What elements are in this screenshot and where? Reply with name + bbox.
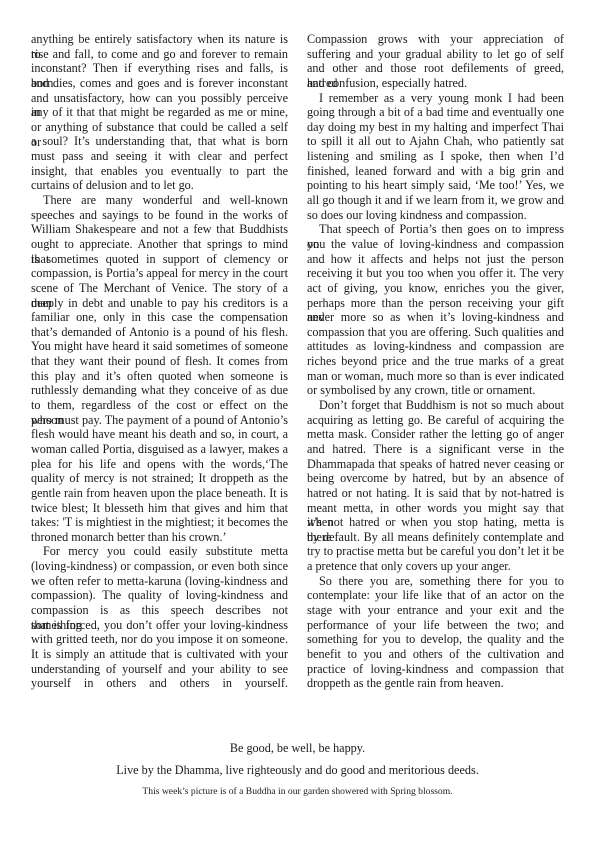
text-line: to them, regardless of the cost or effec… [31, 398, 288, 413]
text-line: compassion that you are offering. Such q… [307, 325, 564, 340]
text-line: that is forced, you don’t offer your lov… [31, 618, 288, 633]
text-line: you the value of loving-kindness and com… [307, 237, 564, 252]
text-line: metta mask. Consider rather the letting … [307, 427, 564, 442]
text-line: riches beyond price and the true marks o… [307, 354, 564, 369]
text-line: never more so as when it’s loving-kindne… [307, 310, 564, 325]
text-line: or anything of substance that could be c… [31, 120, 288, 135]
text-line: There are many wonderful and well-known [31, 193, 288, 208]
text-line: You might have heard it said sometimes o… [31, 339, 288, 354]
text-line: deeply in debt and unable to pay his cre… [31, 296, 288, 311]
text-line: insight, that enables you eventually to … [31, 164, 288, 179]
text-line: this play and it’s often quoted when som… [31, 369, 288, 384]
text-line: twice blest; It blesseth him that gives … [31, 501, 288, 516]
text-line: throned monarch better than his crown.’ [31, 530, 288, 545]
text-line: and confusion, especially hatred. [307, 76, 564, 91]
text-line: being overcome by hatred, but by an abse… [307, 471, 564, 486]
text-line: understanding of yourself and your abili… [31, 662, 288, 677]
text-line: so does our loving kindness and compassi… [307, 208, 564, 223]
text-line: That speech of Portia’s then goes on to … [307, 222, 564, 237]
text-line: practice of loving-kindness and compassi… [307, 662, 564, 677]
text-line: William Shakespeare and not a few that B… [31, 222, 288, 237]
text-line: I remember as a very young monk I had be… [307, 91, 564, 106]
text-line: plea for his life and opens with the wor… [31, 457, 288, 472]
text-line: takes: 'T is mightiest in the mightiest;… [31, 515, 288, 530]
text-line: (loving-kindness) or compassion, or even… [31, 559, 288, 574]
text-line: all go though it and if we learn from it… [307, 193, 564, 208]
text-line: by default. By all means definitely cont… [307, 530, 564, 545]
text-line: to spill it all out to Ajahn Chah, who p… [307, 134, 564, 149]
text-line: compassion). The quality of loving-kindn… [31, 588, 288, 603]
text-line: Compassion grows with your appreciation … [307, 32, 564, 47]
text-line: flesh would have meant his death and so,… [31, 427, 288, 442]
text-line: hatred or not hating. It is said that by… [307, 486, 564, 501]
footer-exhortation: Live by the Dhamma, live righteously and… [0, 763, 595, 778]
text-line: a pretence that only covers up your ange… [307, 559, 564, 574]
text-line: compassion is as this speech describes n… [31, 603, 288, 618]
text-line: attitudes as loving-kindness and compass… [307, 339, 564, 354]
text-line: who must pay. The payment of a pound of … [31, 413, 288, 428]
text-line: we often refer to metta-karuna (loving-k… [31, 574, 288, 589]
text-line: ruthlessly demanding what they conceive … [31, 383, 288, 398]
text-line: quality of mercy is not strained; It dro… [31, 471, 288, 486]
text-line: anything be entirely satisfactory when i… [31, 32, 288, 47]
text-line: with gritted teeth, nor do you impose it… [31, 632, 288, 647]
text-line: inconstant? Then if everything rises and… [31, 61, 288, 76]
text-line: It is simply an attitude that is cultiva… [31, 647, 288, 662]
text-line: day doing my best in my halting and impe… [307, 120, 564, 135]
text-line: suffering and your gradual ability to le… [307, 47, 564, 62]
text-line: compassion, is Portia’s appeal for mercy… [31, 266, 288, 281]
text-line: rise and fall, to come and go and foreve… [31, 47, 288, 62]
text-line: For mercy you could easily substitute me… [31, 544, 288, 559]
text-line: Dhammapada that speaks of hatred never c… [307, 457, 564, 472]
text-line: meant metta, in other words you might sa… [307, 501, 564, 516]
text-line: and how it affects and helps not just th… [307, 252, 564, 267]
text-line: finished, leaned forward and with a big … [307, 164, 564, 179]
text-line: must pass and seeing it with clear and p… [31, 149, 288, 164]
text-line: perhaps more than the person receiving y… [307, 296, 564, 311]
text-line: try to practise metta but be careful you… [307, 544, 564, 559]
text-line: curtains of delusion and to let go. [31, 178, 288, 193]
text-line: stage with your entrance and your exit a… [307, 603, 564, 618]
text-line: it’s not hatred or when you stop hating,… [307, 515, 564, 530]
text-line: yourself in others and others in yoursel… [31, 676, 288, 691]
text-line: a soul? It’s understanding that, that wh… [31, 134, 288, 149]
footer-picture-caption: This week’s picture is of a Buddha in ou… [0, 786, 595, 797]
text-line: that’s demanded of Antonio is a pound of… [31, 325, 288, 340]
footer-blessing: Be good, be well, be happy. [0, 741, 595, 756]
text-line: gentle rain from heaven upon the place b… [31, 486, 288, 501]
text-line: and hatred. There is a significant verse… [307, 442, 564, 457]
text-line: any of it that that might be regarded as… [31, 105, 288, 120]
text-line: and unsatisfactory, how can you possibly… [31, 91, 288, 106]
text-line: acquiring as letting go. Be careful of a… [307, 413, 564, 428]
left-column: anything be entirely satisfactory when i… [31, 32, 288, 691]
text-line: pointing to his heart simply said, ‘Me t… [307, 178, 564, 193]
text-line: and dies, comes and goes and is forever … [31, 76, 288, 91]
text-line: and other and those root defilements of … [307, 61, 564, 76]
text-line: man or woman, much more so than is ever … [307, 369, 564, 384]
text-line: ought to appreciate. Another that spring… [31, 237, 288, 252]
text-line: familiar one, only in this case the comp… [31, 310, 288, 325]
text-line: listening and smiling as I spoke, then w… [307, 149, 564, 164]
text-line: contemplate: your life like that of an a… [307, 588, 564, 603]
text-line: that they want their pound of flesh. It … [31, 354, 288, 369]
text-line: speeches and sayings to be found in the … [31, 208, 288, 223]
text-line: benefit to you and others of the cultiva… [307, 647, 564, 662]
text-line: or symbolised by any crown, title or orn… [307, 383, 564, 398]
text-line: Don’t forget that Buddhism is not so muc… [307, 398, 564, 413]
text-line: droppeth as the gentle rain from heaven. [307, 676, 564, 691]
text-line: scene of The Merchant of Venice. The sto… [31, 281, 288, 296]
text-line: going through a bit of a bad time and ev… [307, 105, 564, 120]
text-line: performance of your life between the two… [307, 618, 564, 633]
text-line: receiving it but you too when you offer … [307, 266, 564, 281]
text-line: something for you to develop, the qualit… [307, 632, 564, 647]
text-line: is sometimes quoted in support of clemen… [31, 252, 288, 267]
text-line: woman called Portia, disguised as a lawy… [31, 442, 288, 457]
right-column: Compassion grows with your appreciation … [307, 32, 564, 691]
text-line: So there you are, something there for yo… [307, 574, 564, 589]
text-line: act of giving, you know, enriches you th… [307, 281, 564, 296]
